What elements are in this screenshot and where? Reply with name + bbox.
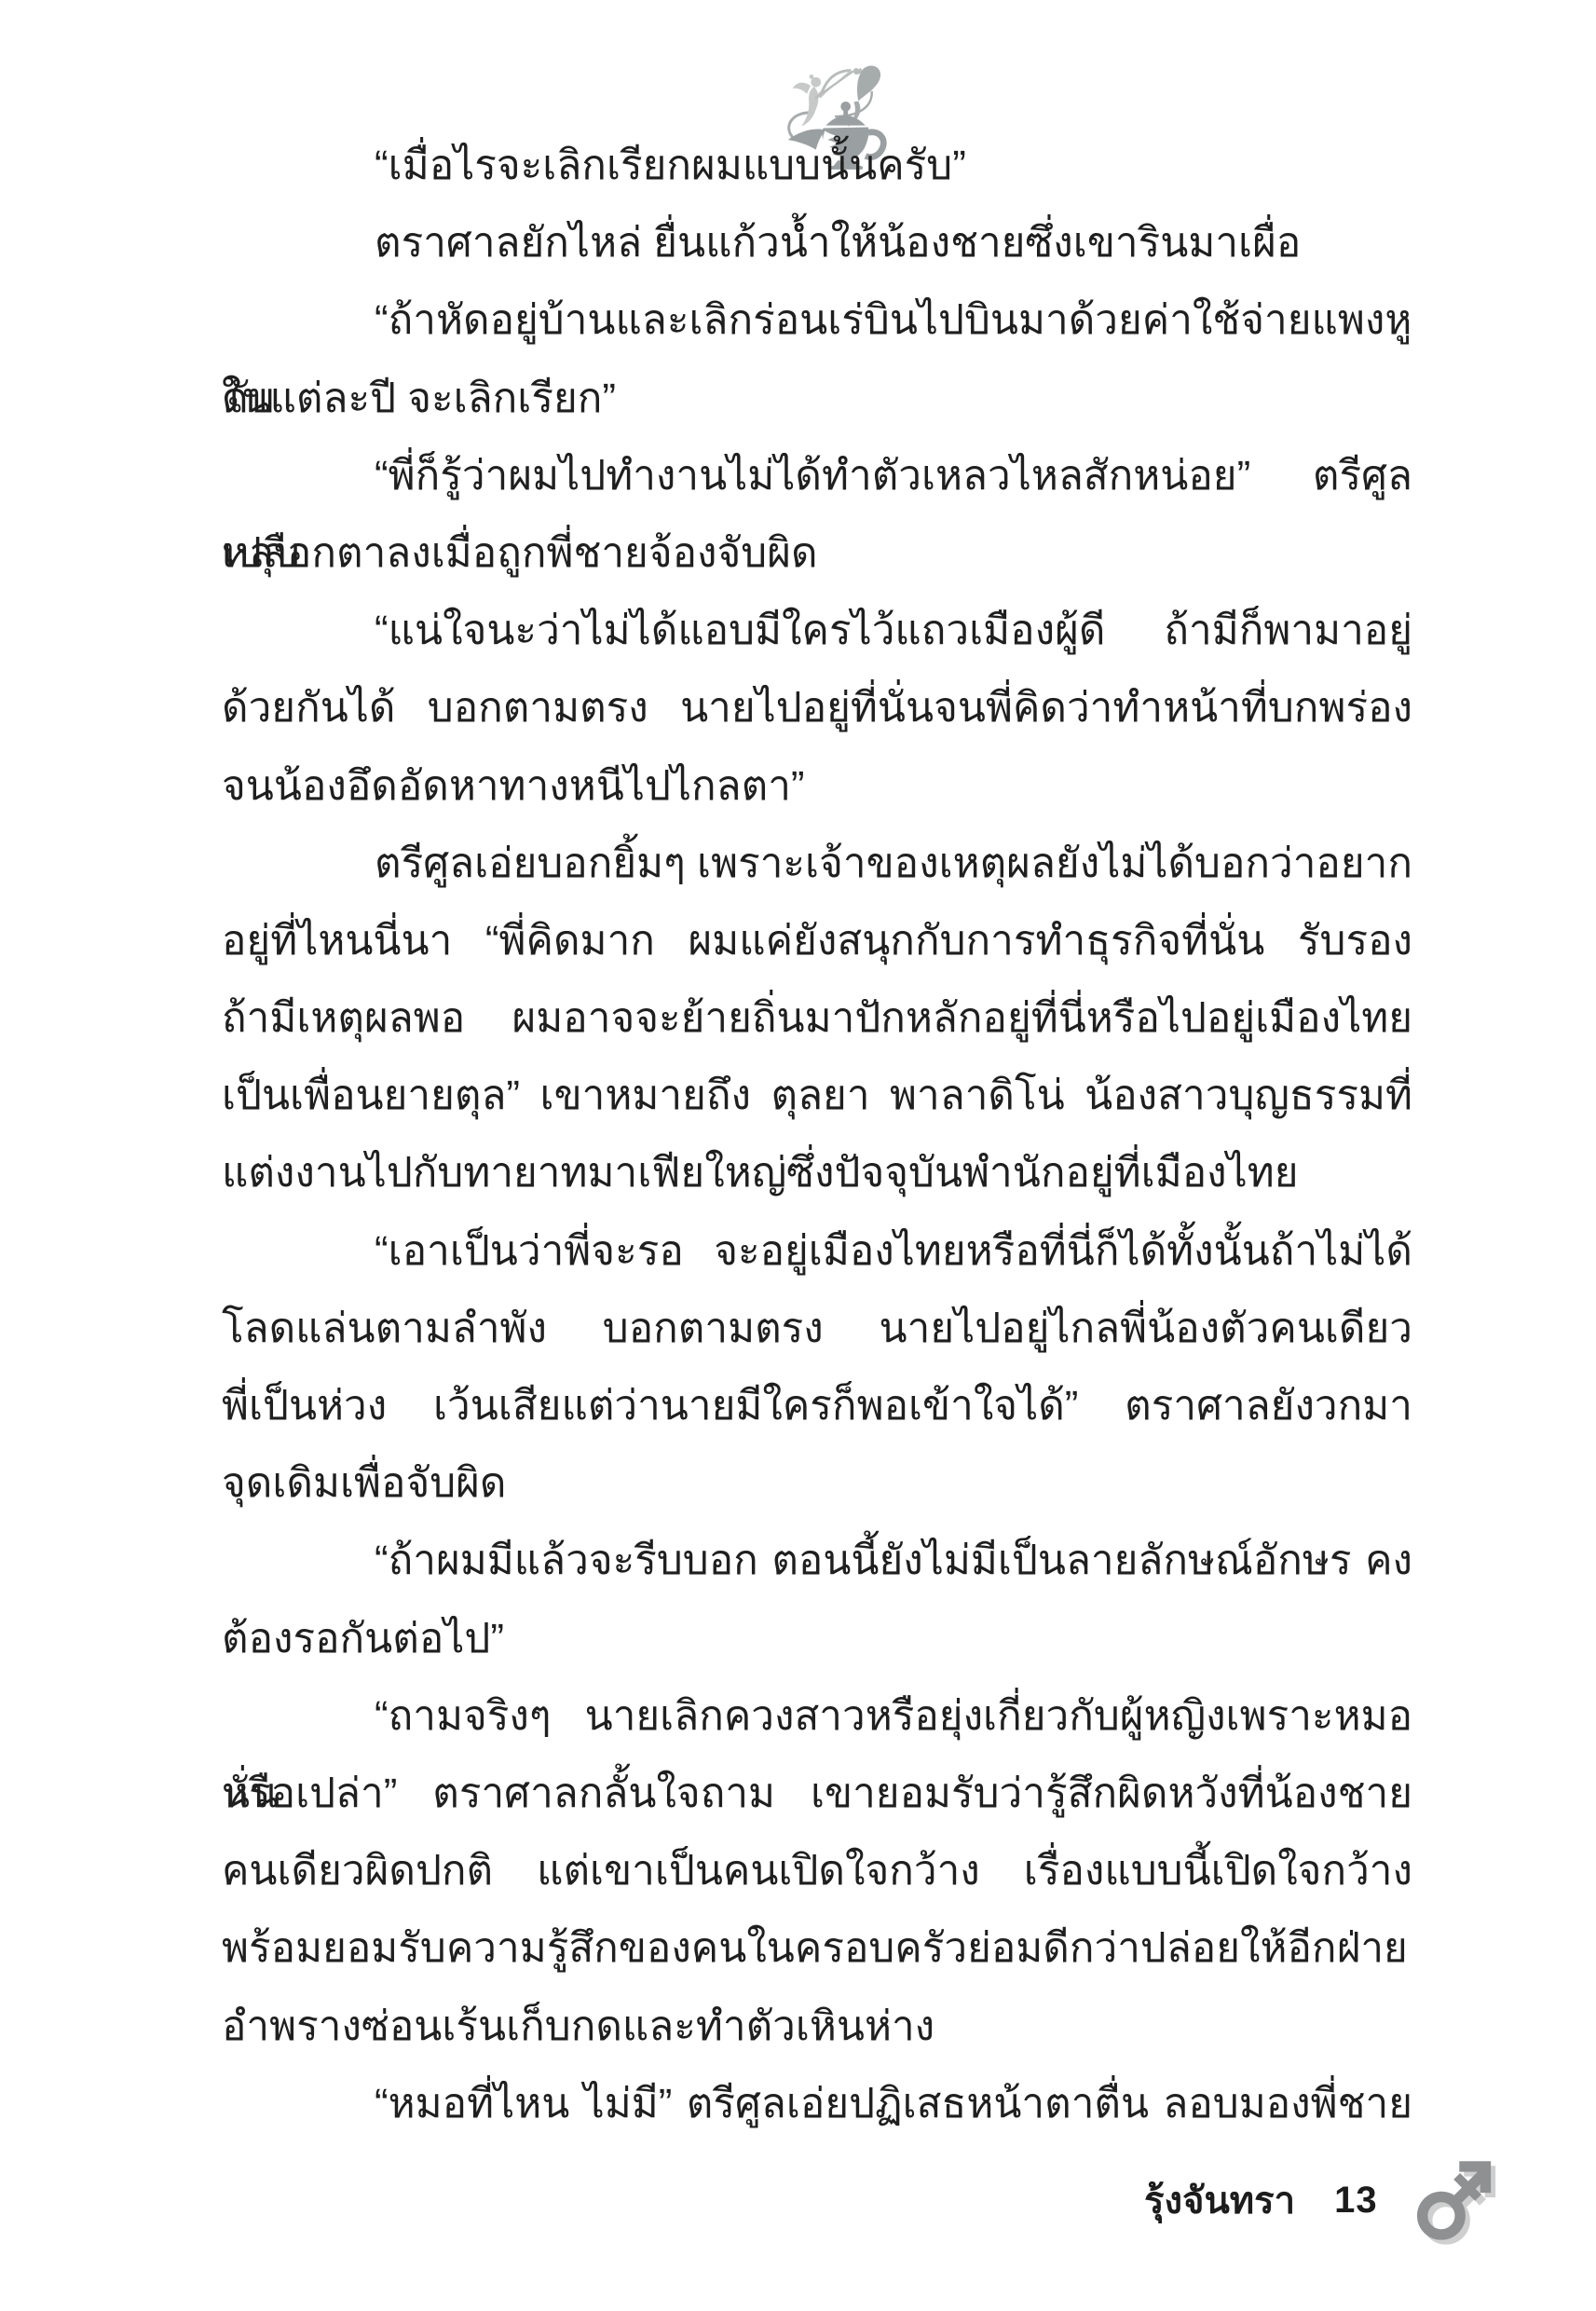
text-line: “ถามจริงๆ นายเลิกควงสาวหรือยุ่งเกี่ยวกับ… (222, 1677, 1412, 1755)
text-line: พร้อมยอมรับความรู้สึกของคนในครอบครัวย่อม… (222, 1909, 1412, 1987)
text-line: “แน่ใจนะว่าไม่ได้แอบมีใครไว้แถวเมืองผู้ด… (222, 592, 1412, 669)
text-line: อยู่ที่ไหนนี่นา “พี่คิดมาก ผมแค่ยังสนุกก… (222, 902, 1412, 979)
text-line: พี่เป็นห่วง เว้นเสียแต่ว่านายมีใครก็พอเข… (222, 1367, 1412, 1444)
book-page: “เมื่อไรจะเลิกเรียกผมแบบนั้นครับ” ตราศาล… (0, 0, 1596, 2311)
text-line: “พี่ก็รู้ว่าผมไปทำงานไม่ได้ทำตัวเหลวไหลส… (222, 437, 1412, 514)
text-line: เป็นเพื่อนยายตุล” เขาหมายถึง ตุลยา พาลาด… (222, 1057, 1412, 1134)
text-line: “เอาเป็นว่าพี่จะรอ จะอยู่เมืองไทยหรือที่… (222, 1212, 1412, 1290)
text-line: จนน้องอึดอัดหาทางหนีไปไกลตา” (222, 747, 1412, 825)
footer-book-title: รุ้งจันทรา (1144, 2170, 1295, 2230)
page-footer: รุ้งจันทรา 13 (1144, 2154, 1495, 2246)
text-line: ด้วยกันได้ บอกตามตรง นายไปอยู่ที่นั่นจนพ… (222, 669, 1412, 746)
text-line: “เมื่อไรจะเลิกเรียกผมแบบนั้นครับ” (222, 127, 1412, 204)
text-line: “หมอที่ไหน ไม่มี” ตรีศูลเอ่ยปฏิเสธหน้าตา… (222, 2065, 1412, 2142)
male-with-stroke-icon (1413, 2154, 1495, 2246)
text-line: ถ้ามีเหตุผลพอ ผมอาจจะย้ายถิ่นมาปักหลักอย… (222, 979, 1412, 1057)
text-line: เปลือกตาลงเมื่อถูกพี่ชายจ้องจับผิด (222, 514, 1412, 592)
text-line: ต้องรอกันต่อไป” (222, 1600, 1412, 1677)
text-line: “ถ้าผมมีแล้วจะรีบบอก ตอนนี้ยังไม่มีเป็นล… (222, 1522, 1412, 1599)
text-line: “ถ้าหัดอยู่บ้านและเลิกร่อนเร่บินไปบินมาด… (222, 281, 1412, 359)
cupid-figure (793, 75, 826, 127)
text-line: โลดแล่นตามลำพัง บอกตามตรง นายไปอยู่ไกลพี… (222, 1290, 1412, 1367)
text-line: อำพรางซ่อนเร้นเก็บกดและทำตัวเหินห่าง (222, 1988, 1412, 2065)
text-line: จุดเดิมเพื่อจับผิด (222, 1444, 1412, 1522)
text-line: แต่งงานไปกับทายาทมาเฟียใหญ่ซึ่งปัจจุบันพ… (222, 1134, 1412, 1211)
text-line: คนเดียวผิดปกติ แต่เขาเป็นคนเปิดใจกว้าง เ… (222, 1832, 1412, 1909)
text-line: ตรีศูลเอ่ยบอกยิ้มๆ เพราะเจ้าของเหตุผลยัง… (222, 825, 1412, 902)
footer-page-number: 13 (1334, 2180, 1378, 2222)
text-line: หรือเปล่า” ตราศาลกลั้นใจถาม เขายอมรับว่า… (222, 1755, 1412, 1832)
page-text: “เมื่อไรจะเลิกเรียกผมแบบนั้นครับ” ตราศาล… (222, 127, 1412, 2142)
text-line: ในแต่ละปี จะเลิกเรียก” (222, 360, 1412, 437)
text-line: ตราศาลยักไหล่ ยื่นแก้วน้ำให้น้องชายซึ่งเ… (222, 204, 1412, 281)
